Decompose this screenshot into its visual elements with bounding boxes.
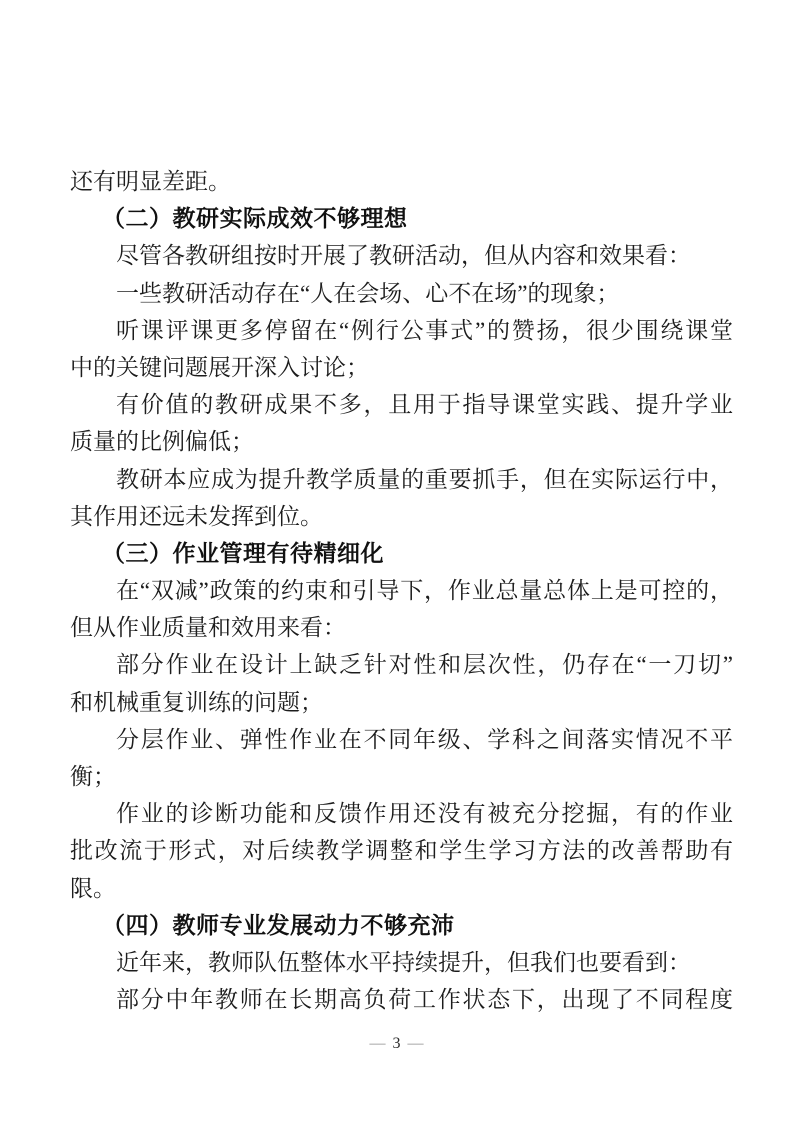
- text-line: 批改流于形式，对后续教学调整和学生学习方法的改善帮助有: [70, 832, 733, 869]
- section-heading-block: （二）教研实际成效不够理想: [70, 200, 733, 237]
- text-line: 中的关键问题展开深入讨论；: [70, 349, 733, 386]
- text-line: 尽管各教研组按时开展了教研活动，但从内容和效果看：: [70, 237, 733, 274]
- section-heading: （三）作业管理有待精细化: [70, 535, 733, 572]
- paragraph: 在“双减”政策的约束和引导下，作业总量总体上是可控的，但从作业质量和效用来看：: [70, 572, 733, 646]
- footer-dash-right: —: [408, 1035, 424, 1052]
- text-line: 作业的诊断功能和反馈作用还没有被充分挖掘，有的作业: [70, 795, 733, 832]
- text-line: 部分作业在设计上缺乏针对性和层次性，仍存在“一刀切”: [70, 646, 733, 683]
- paragraph: 一些教研活动存在“人在会场、心不在场”的现象；: [70, 275, 733, 312]
- document-body: 还有明显差距。（二）教研实际成效不够理想尽管各教研组按时开展了教研活动，但从内容…: [70, 163, 733, 1018]
- paragraph: 尽管各教研组按时开展了教研活动，但从内容和效果看：: [70, 237, 733, 274]
- text-line: 但从作业质量和效用来看：: [70, 609, 733, 646]
- section-heading-block: （三）作业管理有待精细化: [70, 535, 733, 572]
- text-line: 听课评课更多停留在“例行公事式”的赞扬，很少围绕课堂: [70, 312, 733, 349]
- text-line: 有价值的教研成果不多，且用于指导课堂实践、提升学业: [70, 386, 733, 423]
- paragraph: 分层作业、弹性作业在不同年级、学科之间落实情况不平衡；: [70, 721, 733, 795]
- section-heading: （二）教研实际成效不够理想: [70, 200, 733, 237]
- text-line: 分层作业、弹性作业在不同年级、学科之间落实情况不平: [70, 721, 733, 758]
- paragraph: 教研本应成为提升教学质量的重要抓手，但在实际运行中，其作用还远未发挥到位。: [70, 461, 733, 535]
- paragraph: 部分中年教师在长期高负荷工作状态下，出现了不同程度: [70, 981, 733, 1018]
- page-footer: —3—: [0, 1035, 793, 1053]
- text-line: 部分中年教师在长期高负荷工作状态下，出现了不同程度: [70, 981, 733, 1018]
- text-line: 教研本应成为提升教学质量的重要抓手，但在实际运行中，: [70, 461, 733, 498]
- paragraph: 还有明显差距。: [70, 163, 733, 200]
- text-line: 在“双减”政策的约束和引导下，作业总量总体上是可控的，: [70, 572, 733, 609]
- paragraph: 有价值的教研成果不多，且用于指导课堂实践、提升学业质量的比例偏低；: [70, 386, 733, 460]
- paragraph: 听课评课更多停留在“例行公事式”的赞扬，很少围绕课堂中的关键问题展开深入讨论；: [70, 312, 733, 386]
- text-line: 衡；: [70, 758, 733, 795]
- section-heading-block: （四）教师专业发展动力不够充沛: [70, 907, 733, 944]
- text-line: 质量的比例偏低；: [70, 423, 733, 460]
- text-line: 和机械重复训练的问题；: [70, 684, 733, 721]
- paragraph: 部分作业在设计上缺乏针对性和层次性，仍存在“一刀切”和机械重复训练的问题；: [70, 646, 733, 720]
- text-line: 还有明显差距。: [70, 163, 733, 200]
- paragraph: 作业的诊断功能和反馈作用还没有被充分挖掘，有的作业批改流于形式，对后续教学调整和…: [70, 795, 733, 907]
- document-page: 还有明显差距。（二）教研实际成效不够理想尽管各教研组按时开展了教研活动，但从内容…: [0, 0, 793, 1122]
- text-line: 近年来，教师队伍整体水平持续提升，但我们也要看到：: [70, 944, 733, 981]
- page-number: 3: [393, 1035, 401, 1053]
- paragraph: 近年来，教师队伍整体水平持续提升，但我们也要看到：: [70, 944, 733, 981]
- footer-dash-left: —: [370, 1035, 386, 1052]
- text-line: 其作用还远未发挥到位。: [70, 498, 733, 535]
- text-line: 一些教研活动存在“人在会场、心不在场”的现象；: [70, 275, 733, 312]
- section-heading: （四）教师专业发展动力不够充沛: [70, 907, 733, 944]
- text-line: 限。: [70, 870, 733, 907]
